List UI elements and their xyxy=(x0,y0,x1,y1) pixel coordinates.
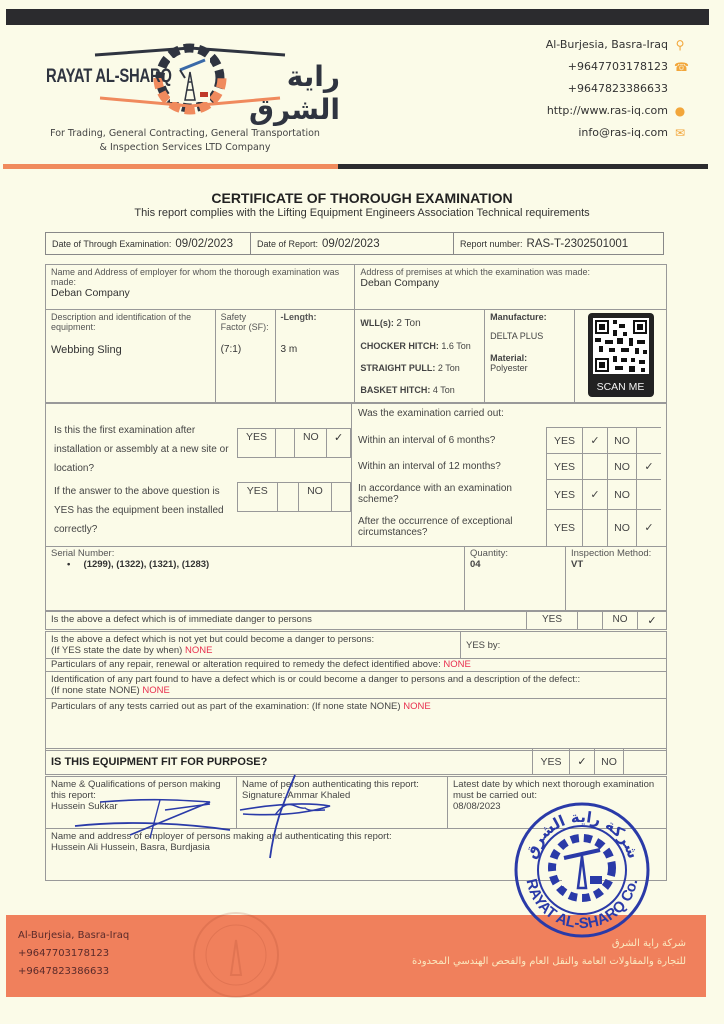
safety-factor-cell: Safety Factor (SF): (7:1) xyxy=(215,310,275,404)
first-exam-question: Is this the first examination after inst… xyxy=(54,421,234,478)
first-exam-no-checkbox[interactable]: ✓ xyxy=(327,429,351,458)
envelope-icon: ✉ xyxy=(674,127,686,139)
carried-out-row: Within an interval of 6 months? YES ✓ NO xyxy=(352,427,666,453)
method-label: Inspection Method: xyxy=(571,549,661,559)
immediate-danger-question: Is the above a defect which is of immedi… xyxy=(46,612,527,630)
yes-label: YES xyxy=(546,480,582,510)
authenticator-signature xyxy=(235,770,335,860)
yes-label: YES xyxy=(546,454,582,480)
carried-out-no-checkbox[interactable]: ✓ xyxy=(636,454,661,480)
carried-out-no-checkbox[interactable]: ✓ xyxy=(636,510,661,546)
contact-website[interactable]: http://www.ras-iq.com● xyxy=(546,100,686,122)
carried-out-yes-checkbox[interactable]: ✓ xyxy=(582,428,607,454)
no-label: NO xyxy=(298,483,331,512)
immediate-no-checkbox[interactable]: ✓ xyxy=(638,612,667,630)
carried-out-yes-checkbox[interactable] xyxy=(582,454,607,480)
no-label: NO xyxy=(607,510,636,546)
carried-out-question: In accordance with an examination scheme… xyxy=(352,483,546,505)
certificate-subtitle: This report complies with the Lifting Eq… xyxy=(0,207,724,219)
globe-icon: ● xyxy=(674,105,686,117)
carried-out-heading: Was the examination carried out: xyxy=(358,408,504,419)
report-date-label: Date of Report: xyxy=(257,239,318,249)
carried-out-no-checkbox[interactable] xyxy=(636,480,661,510)
contact-text[interactable]: info@ras-iq.com xyxy=(578,122,668,144)
tests-question: Particulars of any tests carried out as … xyxy=(51,701,401,712)
no-label: NO xyxy=(607,454,636,480)
defective-part-cell: Identification of any part found to have… xyxy=(46,672,667,699)
installed-correctly-yes-no: YES NO xyxy=(237,482,351,512)
quantity-cell: Quantity: 04 xyxy=(465,547,566,611)
carried-out-yes-no: YES ✓ NO xyxy=(546,427,661,454)
location-pin-icon: ⚲ xyxy=(674,39,686,51)
footer-arabic: شركة راية الشرق للتجارة والمقاولات العام… xyxy=(412,935,686,971)
carried-out-yes-no: YES NO ✓ xyxy=(546,509,661,546)
manufacture-label: Manufacture: xyxy=(490,312,569,322)
serial-list: • (1299), (1322), (1321), (1283) xyxy=(67,559,459,570)
no-label: NO xyxy=(295,429,327,458)
quantity-label: Quantity: xyxy=(470,549,560,559)
defective-part-sub: (If none state NONE) xyxy=(51,685,140,696)
future-danger-question: Is the above a defect which is not yet b… xyxy=(51,634,455,645)
length-cell: -Length: 3 m xyxy=(275,310,355,404)
serial-label: Serial Number: xyxy=(51,549,459,559)
defects-table: Is the above a defect which is of immedi… xyxy=(45,611,667,630)
premises-value: Deban Company xyxy=(360,277,661,289)
no-label: NO xyxy=(603,612,638,630)
repair-cell: Particulars of any repair, renewal or al… xyxy=(46,659,667,672)
report-date-cell: Date of Report: 09/02/2023 xyxy=(251,233,454,254)
straight-pull-value: 2 Ton xyxy=(438,363,460,373)
company-stamp: شركة راية الشرق RAYAT AL-SHARQ Co. xyxy=(512,800,652,940)
no-label: NO xyxy=(607,480,636,510)
footer-contacts: Al-Burjesia, Basra-Iraq +9647703178123 +… xyxy=(18,927,129,981)
tagline-line-2: & Inspection Services LTD Company xyxy=(30,141,340,155)
yes-label: YES xyxy=(546,510,582,546)
scan-me-label: SCAN ME xyxy=(588,381,654,393)
exam-date-cell: Date of Through Examination: 09/02/2023 xyxy=(46,233,251,254)
first-exam-yes-checkbox[interactable] xyxy=(276,429,295,458)
basket-label: BASKET HITCH: xyxy=(360,385,430,395)
carried-out-yes-no: YES NO ✓ xyxy=(546,453,661,480)
future-danger-value: NONE xyxy=(185,645,212,656)
no-label: NO xyxy=(607,428,636,454)
choker-value: 1.6 Ton xyxy=(441,341,470,351)
yes-label: YES xyxy=(527,612,578,630)
future-danger-cell: Is the above a defect which is not yet b… xyxy=(46,632,461,659)
wll-cell: WLL(s): 2 Ton CHOCKER HITCH: 1.6 Ton STR… xyxy=(355,310,485,404)
manufacture-cell: Manufacture: DELTA PLUS Material: Polyes… xyxy=(485,310,575,404)
next-exam-label: Latest date by which next thorough exami… xyxy=(453,779,661,801)
yes-by-label: YES by: xyxy=(461,632,667,659)
material-label: Material: xyxy=(490,353,569,363)
report-number-label: Report number: xyxy=(460,239,523,249)
installed-no-checkbox[interactable] xyxy=(332,483,351,512)
company-logo: RAYAT AL-SHARQ راية الشرق xyxy=(40,30,340,120)
qr-code-icon xyxy=(593,318,649,374)
yes-label: YES xyxy=(238,483,278,512)
footer-arabic-tagline: للتجارة والمقاولات العامة والنقل العام و… xyxy=(412,953,686,971)
report-number-value: RAS-T-2302501001 xyxy=(527,238,629,250)
quantity-value: 04 xyxy=(470,559,560,570)
material-value: Polyester xyxy=(490,363,569,373)
fit-yes-checkbox[interactable]: ✓ xyxy=(570,749,595,775)
wll-value: 2 Ton xyxy=(396,318,420,329)
yes-label: YES xyxy=(546,428,582,454)
serial-table: Serial Number: • (1299), (1322), (1321),… xyxy=(45,546,667,611)
report-number-cell: Report number: RAS-T-2302501001 xyxy=(454,233,663,254)
repair-question: Particulars of any repair, renewal or al… xyxy=(51,659,441,670)
serial-value: (1299), (1322), (1321), (1283) xyxy=(84,559,210,570)
phone-icon: ☎ xyxy=(674,61,686,73)
contact-phone-1[interactable]: +9647703178123☎ xyxy=(546,56,686,78)
contact-phone-2[interactable]: +9647823386633☎ xyxy=(546,78,686,100)
examination-questions-table: Is this the first examination after inst… xyxy=(45,402,667,547)
yes-label: YES xyxy=(238,429,276,458)
carried-out-yes-no: YES ✓ NO xyxy=(546,479,661,510)
yes-label: YES xyxy=(533,749,570,775)
brand-name-english: RAYAT AL-SHARQ xyxy=(46,66,172,88)
carried-out-yes-checkbox[interactable]: ✓ xyxy=(582,480,607,510)
carried-out-no-checkbox[interactable] xyxy=(636,428,661,454)
header-contacts: Al-Burjesia, Basra-Iraq⚲ +9647703178123☎… xyxy=(546,34,686,144)
no-label: NO xyxy=(595,749,624,775)
stamp-pumpjack-icon xyxy=(552,838,612,898)
carried-out-cell: Was the examination carried out: Within … xyxy=(352,403,667,547)
tests-value: NONE xyxy=(403,701,430,712)
company-tagline: For Trading, General Contracting, Genera… xyxy=(30,127,340,155)
footer-phone-1[interactable]: +9647703178123 xyxy=(18,945,129,963)
contact-text[interactable]: http://www.ras-iq.com xyxy=(547,100,668,122)
top-dark-bar xyxy=(6,9,709,25)
repair-value: NONE xyxy=(443,659,470,670)
carried-out-question: After the occurrence of exceptional circ… xyxy=(352,516,546,538)
description-label: Description and identification of the eq… xyxy=(51,312,210,332)
length-label: -Length: xyxy=(281,312,350,322)
safety-factor-label: Safety Factor (SF): xyxy=(221,312,270,332)
basket-value: 4 Ton xyxy=(433,385,455,395)
employer-cell: Name and Address of employer for whom th… xyxy=(46,265,355,310)
exam-date-value: 09/02/2023 xyxy=(175,238,233,250)
future-danger-sub: (If YES state the date by when) xyxy=(51,645,182,656)
defects-detail-table: Is the above a defect which is not yet b… xyxy=(45,631,667,751)
contact-email[interactable]: info@ras-iq.com✉ xyxy=(546,122,686,144)
employer-label: Name and Address of employer for whom th… xyxy=(51,267,349,287)
tagline-line-1: For Trading, General Contracting, Genera… xyxy=(30,127,340,141)
defective-part-question: Identification of any part found to have… xyxy=(51,674,661,685)
contact-text[interactable]: +9647703178123 xyxy=(568,56,668,78)
safety-factor-value: (7:1) xyxy=(221,344,270,355)
straight-pull-label: STRAIGHT PULL: xyxy=(360,363,435,373)
qr-cell: SCAN ME xyxy=(575,310,667,404)
header-divider-orange xyxy=(3,164,338,169)
brand-name-arabic: راية الشرق xyxy=(228,60,340,126)
first-exam-yes-no: YES NO ✓ xyxy=(237,428,351,458)
contact-text[interactable]: +9647823386633 xyxy=(568,78,668,100)
choker-label: CHOCKER HITCH: xyxy=(360,341,439,351)
method-value: VT xyxy=(571,559,661,570)
description-value: Webbing Sling xyxy=(51,344,210,356)
manufacture-value: DELTA PLUS xyxy=(490,331,569,341)
carried-out-question: Within an interval of 12 months? xyxy=(352,461,546,472)
fit-no-checkbox[interactable] xyxy=(624,749,667,775)
contact-text: Al-Burjesia, Basra-Iraq xyxy=(546,34,668,56)
carried-out-row: After the occurrence of exceptional circ… xyxy=(352,509,666,545)
header-divider-dark xyxy=(338,164,708,169)
contact-address: Al-Burjesia, Basra-Iraq⚲ xyxy=(546,34,686,56)
defective-part-value: NONE xyxy=(142,685,169,696)
immediate-yes-checkbox[interactable] xyxy=(578,612,603,630)
equipment-table: Name and Address of employer for whom th… xyxy=(45,264,667,404)
qr-code[interactable]: SCAN ME xyxy=(588,313,654,397)
premises-label: Address of premises at which the examina… xyxy=(360,267,661,277)
carried-out-row: Within an interval of 12 months? YES NO … xyxy=(352,453,666,479)
exam-date-label: Date of Through Examination: xyxy=(52,239,171,249)
report-date-value: 09/02/2023 xyxy=(322,238,380,250)
first-exam-cell: Is this the first examination after inst… xyxy=(46,403,352,547)
watermark-seal-icon xyxy=(171,910,301,1000)
description-cell: Description and identification of the eq… xyxy=(46,310,216,404)
length-value: 3 m xyxy=(281,344,350,355)
carried-out-row: In accordance with an examination scheme… xyxy=(352,479,666,509)
footer-phone-2[interactable]: +9647823386633 xyxy=(18,963,129,981)
premises-cell: Address of premises at which the examina… xyxy=(355,265,667,310)
maker-signature xyxy=(70,790,240,840)
wll-label: WLL(s): xyxy=(360,318,394,328)
installed-yes-checkbox[interactable] xyxy=(277,483,298,512)
fit-for-purpose-table: IS THIS EQUIPMENT FIT FOR PURPOSE? YES ✓… xyxy=(45,748,667,775)
certificate-title: CERTIFICATE OF THOROUGH EXAMINATION xyxy=(0,190,724,206)
employer-value: Deban Company xyxy=(51,287,349,299)
installed-correctly-question: If the answer to the above question is Y… xyxy=(54,482,234,539)
method-cell: Inspection Method: VT xyxy=(566,547,667,611)
footer-address: Al-Burjesia, Basra-Iraq xyxy=(18,927,129,945)
tests-cell: Particulars of any tests carried out as … xyxy=(46,699,667,751)
serial-cell: Serial Number: • (1299), (1322), (1321),… xyxy=(46,547,465,611)
dates-bar: Date of Through Examination: 09/02/2023 … xyxy=(45,232,664,255)
carried-out-yes-checkbox[interactable] xyxy=(582,510,607,546)
carried-out-question: Within an interval of 6 months? xyxy=(352,435,546,446)
carried-out-rows: Within an interval of 6 months? YES ✓ NO… xyxy=(352,427,666,545)
